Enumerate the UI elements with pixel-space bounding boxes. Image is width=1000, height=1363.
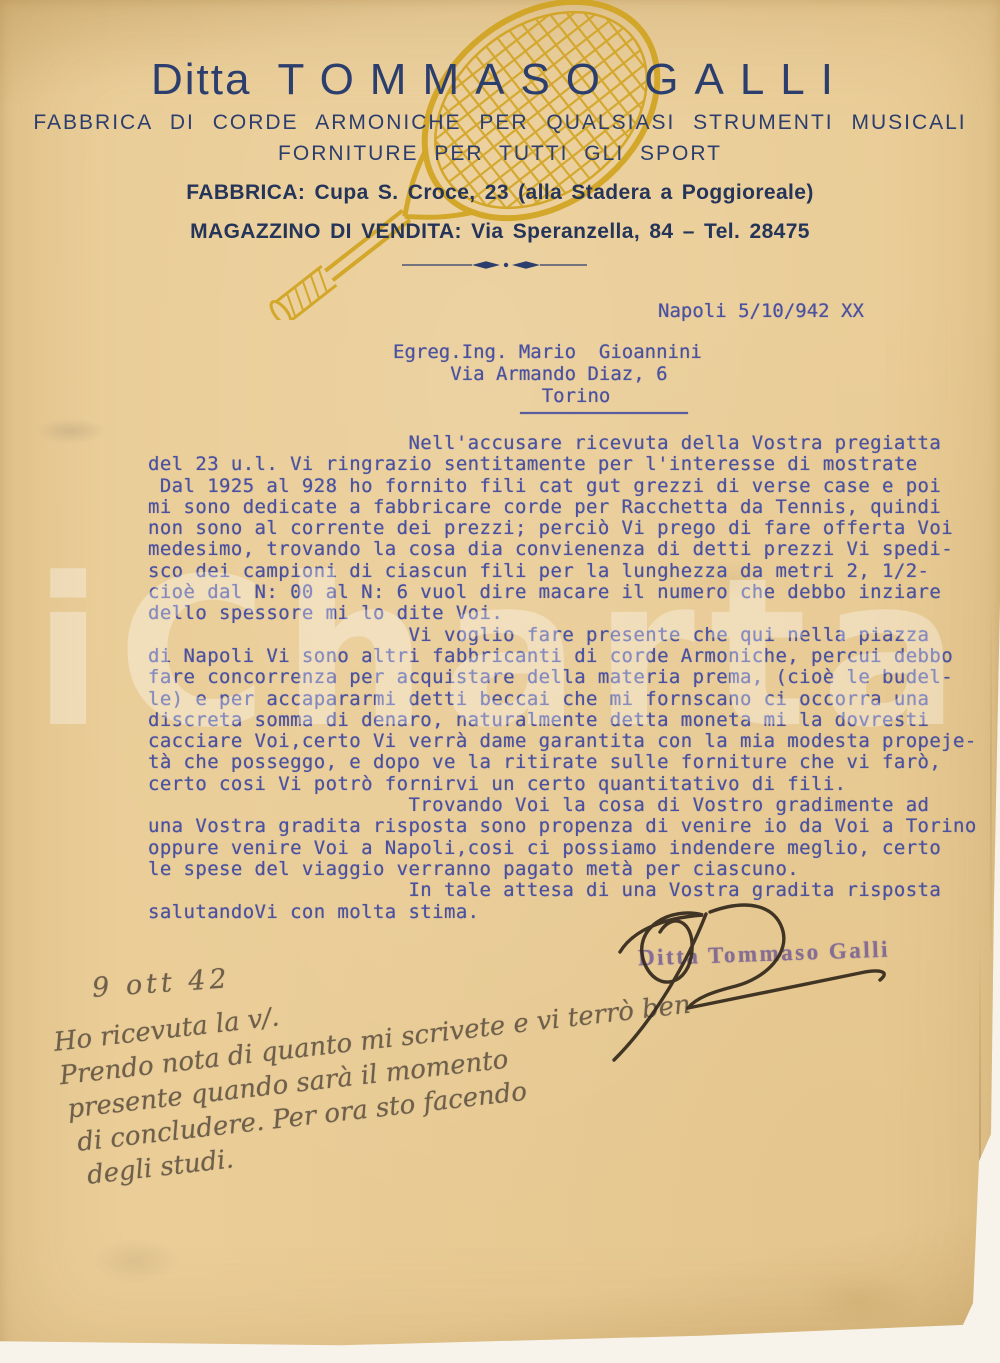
store-address-line: MAGAZZINO DI VENDITA: Via Speranzella, 8… <box>0 220 1000 244</box>
letter-paper: DittaTOMMASO GALLI FABBRICA DI CORDE ARM… <box>0 0 1000 1363</box>
body-line: mi sono dedicate a fabbricare corde per … <box>148 497 977 518</box>
recipient-block: Egreg.Ing. Mario Gioannini Via Armando D… <box>393 341 702 407</box>
company-title: DittaTOMMASO GALLI <box>0 55 1000 105</box>
body-line: Vi voglio fare presente che qui nella pi… <box>148 625 977 646</box>
recipient-street: Via Armando Diaz, 6 <box>393 363 702 385</box>
city-underline <box>520 412 688 414</box>
body-line: medesimo, trovando la cosa dia convienen… <box>148 539 977 560</box>
body-line: cacciare Voi,certo Vi verrà dame garanti… <box>148 731 977 752</box>
body-line: cioè dal N: 00 al N: 6 vuol dire macare … <box>148 582 977 603</box>
signature-icon <box>560 890 960 1090</box>
recipient-name: Egreg.Ing. Mario Gioannini <box>393 341 702 363</box>
letterhead-subtitle-2: FORNITURE PER TUTTI GLI SPORT <box>0 142 1000 166</box>
body-line: fare concorrenza per acquistare della ma… <box>148 667 977 688</box>
paper-crease <box>979 940 981 1335</box>
received-date-note: 9 ott 42 <box>91 963 231 1004</box>
body-line: una Vostra gradita risposta sono propenz… <box>148 816 977 837</box>
body-line: Trovando Voi la cosa di Vostro gradiment… <box>148 795 977 816</box>
stain <box>800 1270 920 1330</box>
recipient-city: Torino <box>393 385 702 407</box>
body-line: di Napoli Vi sono altri fabbricanti di c… <box>148 646 977 667</box>
dateline: Napoli 5/10/942 XX <box>658 300 864 322</box>
stain <box>90 1238 180 1284</box>
letter-body: Nell'accusare ricevuta della Vostra preg… <box>148 433 977 923</box>
body-line: oppure venire Voi a Napoli,cosi ci possi… <box>148 838 977 859</box>
body-line: le spese del viaggio verranno pagato met… <box>148 859 977 880</box>
body-line: tà che posseggo, e dopo ve la ritirate s… <box>148 752 977 773</box>
body-line: Dal 1925 al 928 ho fornito fili cat gut … <box>148 476 977 497</box>
body-line: Nell'accusare ricevuta della Vostra preg… <box>148 433 977 454</box>
body-line: sco dei campioni di ciascun fili per la … <box>148 561 977 582</box>
body-line: dello spessore mi lo dite Voi. <box>148 603 977 624</box>
body-line: discreta somma di denaro, naturalmente d… <box>148 710 977 731</box>
letterhead-subtitle-1: FABBRICA DI CORDE ARMONICHE PER QUALSIAS… <box>0 111 1000 135</box>
company-prefix: Ditta <box>151 55 251 104</box>
company-name: TOMMASO GALLI <box>277 55 849 104</box>
paper-crease <box>990 600 992 950</box>
body-line: le) e per accapararmi detti beccai che m… <box>148 689 977 710</box>
body-line: certo cosi Vi potrò fornirvi un certo qu… <box>148 774 977 795</box>
body-line: del 23 u.l. Vi ringrazio sentitamente pe… <box>148 454 977 475</box>
factory-address-line: FABBRICA: Cupa S. Croce, 23 (alla Stader… <box>0 181 1000 205</box>
body-line: non sono al corrente dei prezzi; perciò … <box>148 518 977 539</box>
stain <box>36 418 106 444</box>
scanned-letter-page: { "letterhead": { "company_prefix": "Dit… <box>0 0 1000 1363</box>
ornamental-divider-icon <box>402 258 587 272</box>
